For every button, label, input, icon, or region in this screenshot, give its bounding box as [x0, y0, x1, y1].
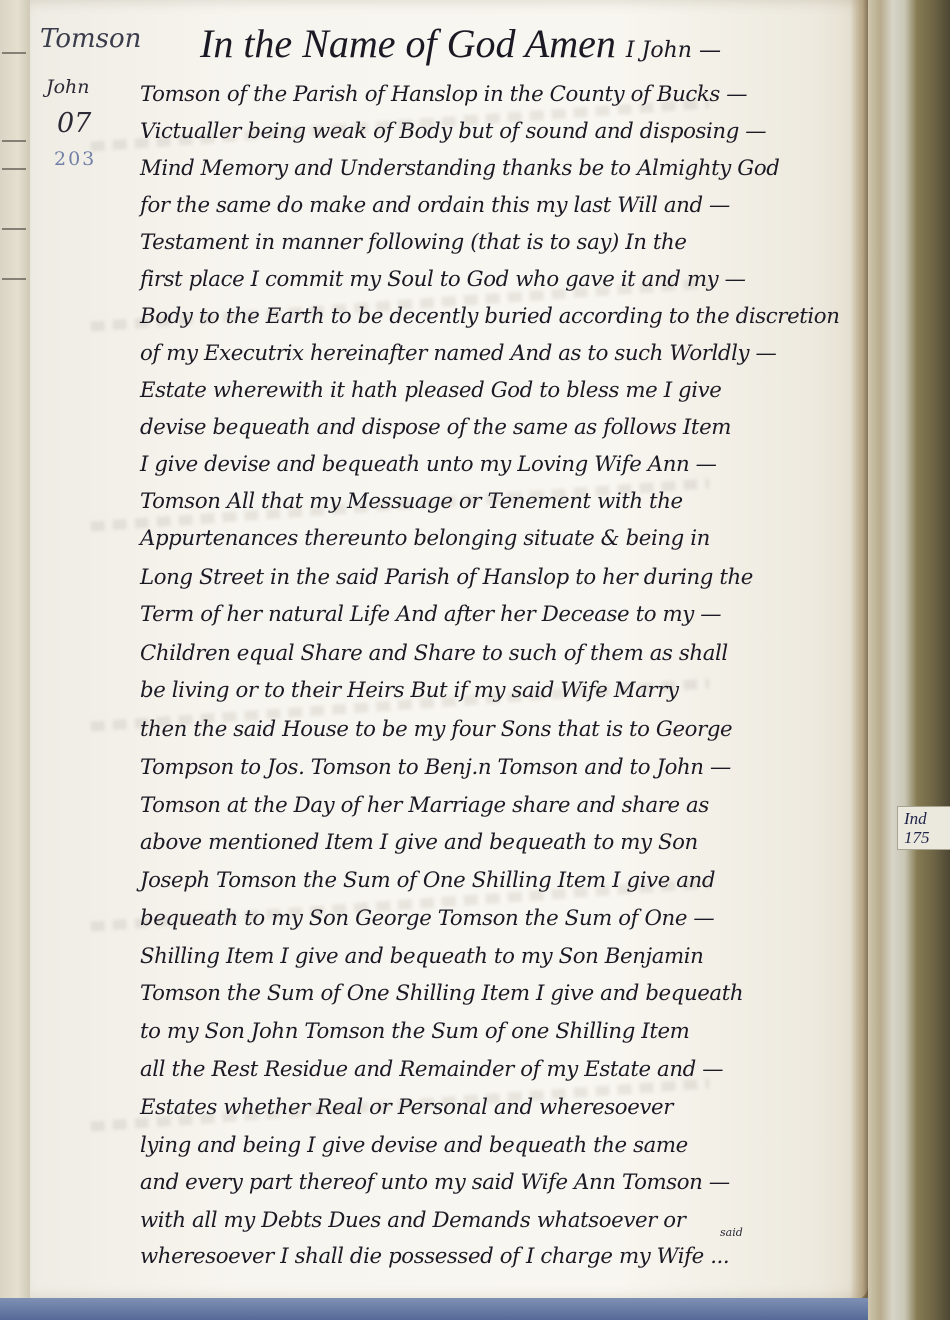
margin-folio-number: 203 [54, 148, 96, 170]
will-line: be living or to their Heirs But if my sa… [140, 678, 852, 703]
facing-page-ink [2, 168, 26, 170]
will-line: Victualler being weak of Body but of sou… [140, 119, 852, 144]
interlinear-insertion: said [720, 1226, 743, 1239]
will-line: Children equal Share and Share to such o… [140, 641, 852, 666]
will-line: with all my Debts Dues and Demands whats… [140, 1208, 852, 1233]
will-line: Long Street in the said Parish of Hanslo… [140, 565, 852, 590]
will-line: for the same do make and ordain this my … [140, 193, 852, 218]
facing-page-edge [0, 0, 31, 1320]
will-line: lying and being I give devise and bequea… [140, 1133, 852, 1158]
will-line: first place I commit my Soul to God who … [140, 267, 852, 292]
will-line: Estate wherewith it hath pleased God to … [140, 378, 852, 403]
will-line: I give devise and bequeath unto my Lovin… [140, 452, 852, 477]
book-binding-edge [868, 0, 950, 1320]
margin-forename: John [46, 76, 90, 98]
will-line: Joseph Tomson the Sum of One Shilling It… [140, 868, 852, 893]
facing-page-ink [2, 278, 26, 280]
will-line: to my Son John Tomson the Sum of one Shi… [140, 1019, 852, 1044]
will-line: Tomson at the Day of her Marriage share … [140, 793, 852, 818]
will-line: bequeath to my Son George Tomson the Sum… [140, 906, 852, 931]
will-line: Shilling Item I give and bequeath to my … [140, 944, 852, 969]
facing-page-ink [2, 228, 26, 230]
will-line: Term of her natural Life And after her D… [140, 602, 852, 627]
facing-page-ink [2, 140, 26, 142]
will-line: Body to the Earth to be decently buried … [140, 304, 852, 329]
index-tab-label: Ind 175 [897, 806, 950, 850]
will-line: Testament in manner following (that is t… [140, 230, 852, 255]
will-line: Tomson the Sum of One Shilling Item I gi… [140, 981, 852, 1006]
will-line: devise bequeath and dispose of the same … [140, 415, 852, 440]
heading-tail: I John — [626, 38, 721, 63]
will-line: and every part thereof unto my said Wife… [140, 1170, 852, 1195]
will-line: all the Rest Residue and Remainder of my… [140, 1057, 852, 1082]
margin-entry-number: 07 [57, 108, 91, 139]
will-heading: In the Name of God Amen I John — [200, 20, 920, 67]
will-line: of my Executrix hereinafter named And as… [140, 341, 852, 366]
will-line: wheresoever I shall die possessed of I c… [140, 1244, 852, 1269]
will-line: Tomson of the Parish of Hanslop in the C… [140, 82, 852, 107]
will-line: Estates whether Real or Personal and whe… [140, 1095, 852, 1120]
margin-surname: Tomson [40, 24, 141, 54]
index-tab-line-1: Ind [904, 809, 950, 828]
index-tab-line-2: 175 [904, 828, 950, 847]
will-line: Mind Memory and Understanding thanks be … [140, 156, 852, 181]
will-line: above mentioned Item I give and bequeath… [140, 830, 852, 855]
will-line: then the said House to be my four Sons t… [140, 717, 852, 742]
will-line: Tomson All that my Messuage or Tenement … [140, 489, 852, 514]
will-line: Tompson to Jos. Tomson to Benj.n Tomson … [140, 755, 852, 780]
heading-text: In the Name of God Amen [200, 21, 616, 66]
background-surface [0, 1298, 868, 1320]
facing-page-ink [2, 52, 26, 54]
will-line: Appurtenances thereunto belonging situat… [140, 526, 852, 551]
